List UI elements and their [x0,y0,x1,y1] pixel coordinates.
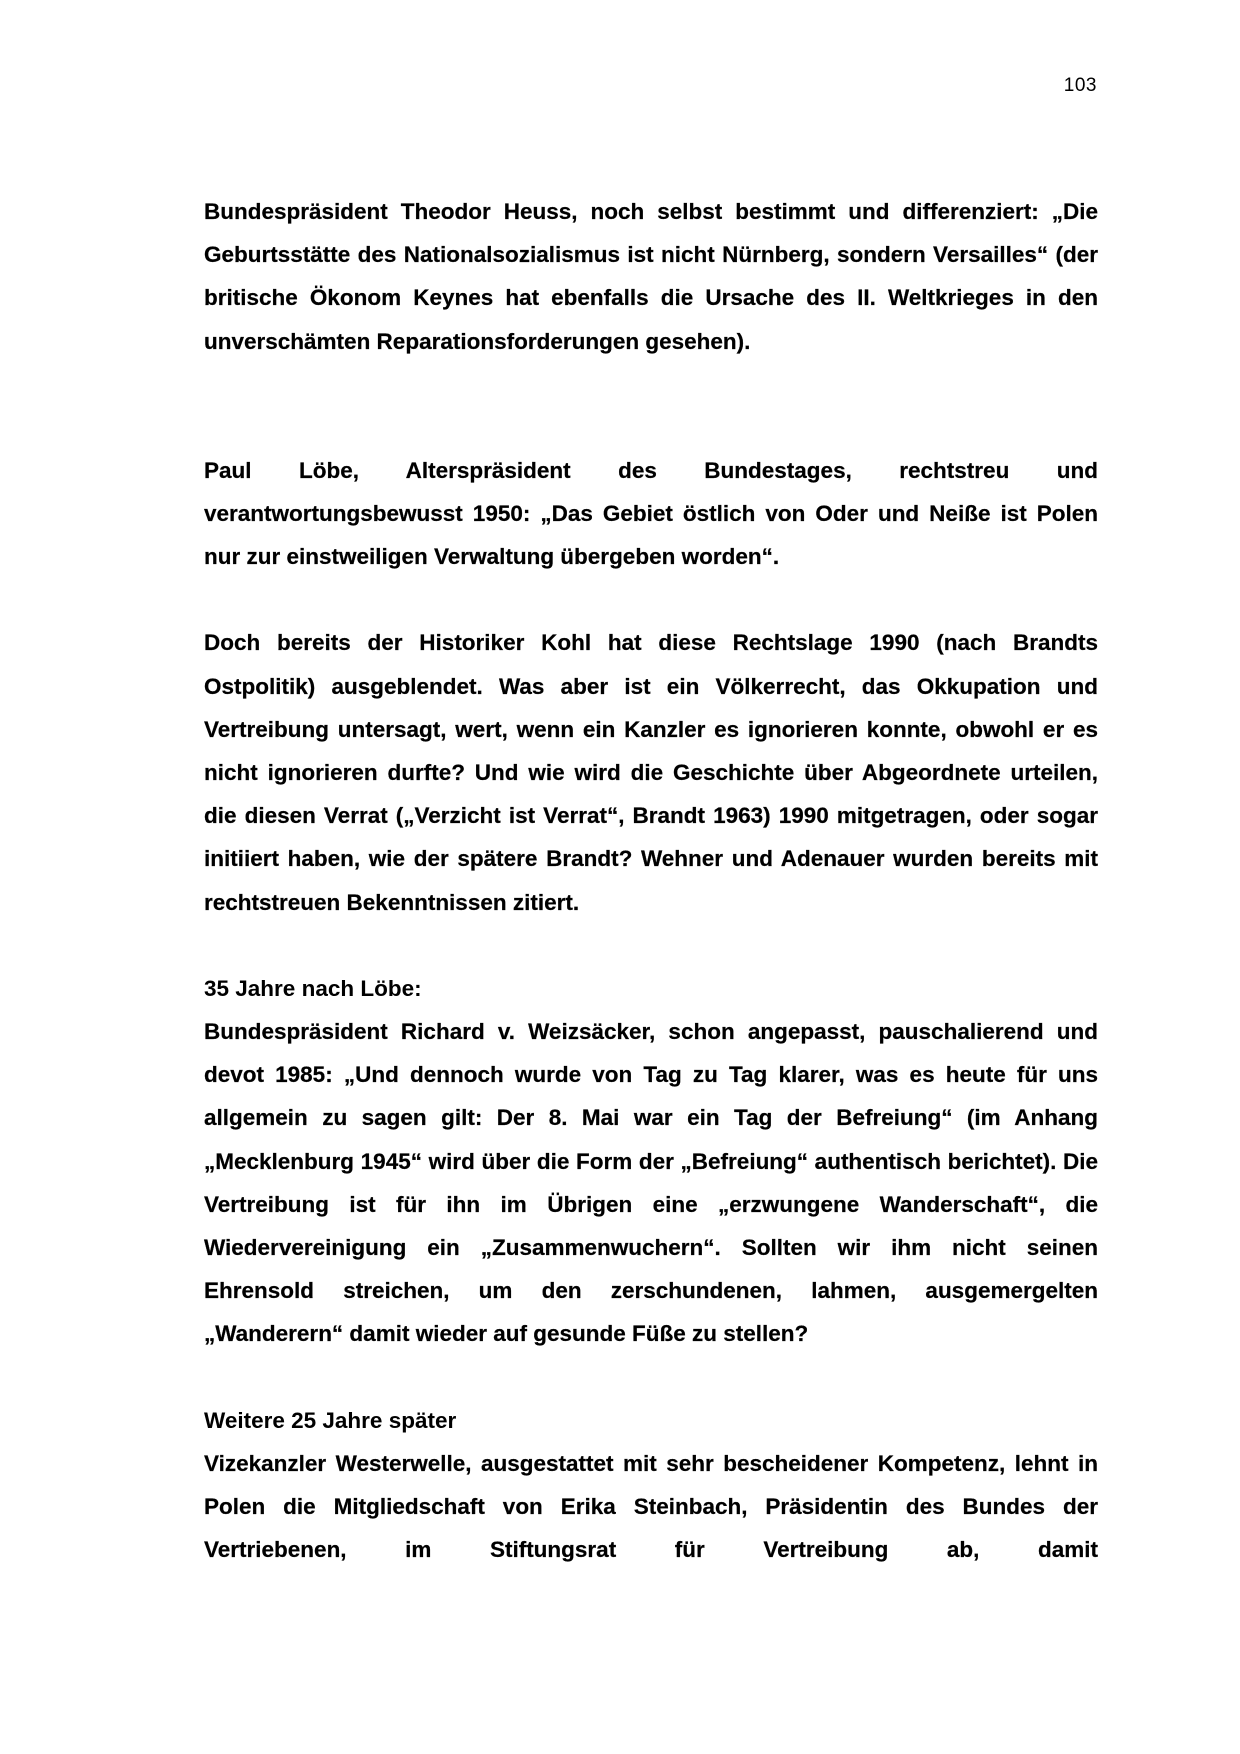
section-heading-25-jahre: Weitere 25 Jahre später [204,1399,1098,1442]
document-body: Bundespräsident Theodor Heuss, noch selb… [204,190,1098,1571]
paragraph-kohl: Doch bereits der Historiker Kohl hat die… [204,621,1098,923]
paragraph-heuss: Bundespräsident Theodor Heuss, noch selb… [204,190,1098,363]
paragraph-weizsaecker: Bundespräsident Richard v. Weizsäcker, s… [204,1010,1098,1356]
spacer [204,363,1098,449]
spacer [204,1356,1098,1399]
page-number: 103 [1064,75,1097,97]
paragraph-westerwelle: Vizekanzler Westerwelle, ausgestattet mi… [204,1442,1098,1572]
spacer [204,924,1098,967]
section-heading-35-jahre: 35 Jahre nach Löbe: [204,967,1098,1010]
spacer [204,578,1098,621]
paragraph-loebe: Paul Löbe, Alterspräsident des Bundestag… [204,449,1098,579]
